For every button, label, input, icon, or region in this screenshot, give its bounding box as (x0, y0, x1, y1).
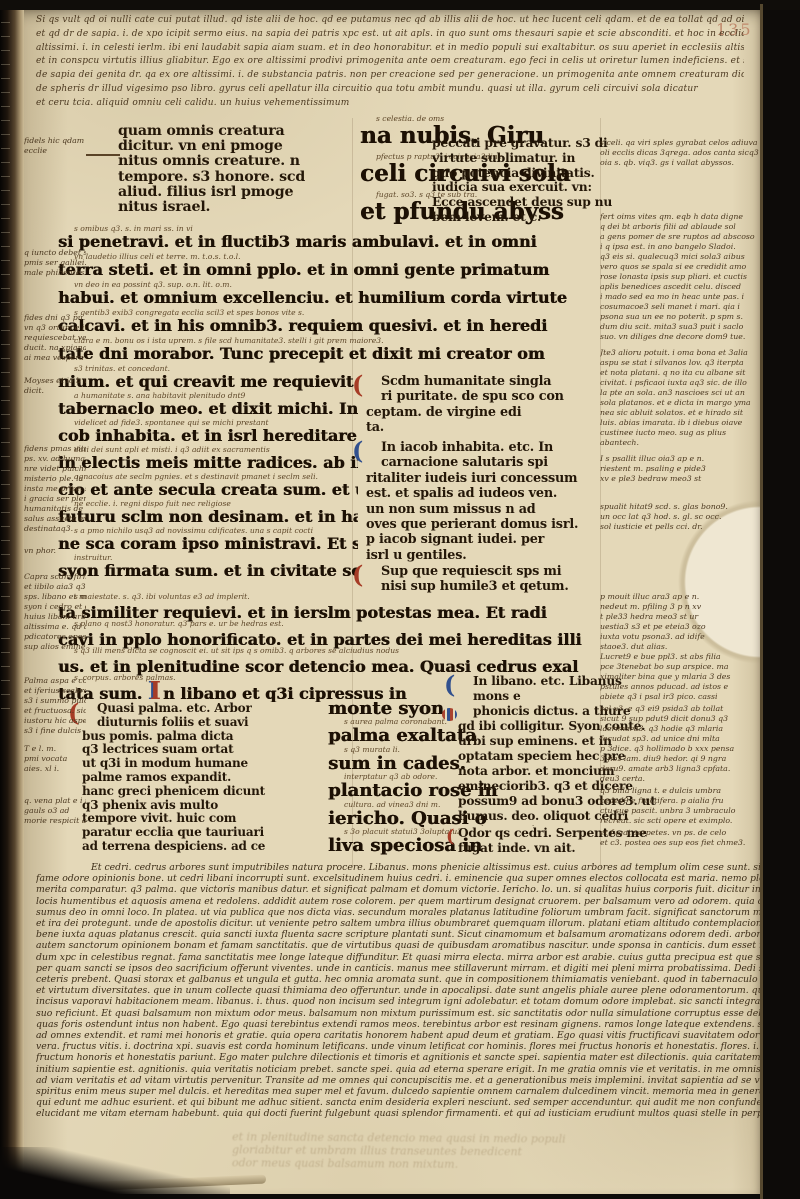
commentary-line: tempore. s3 honore. scd (118, 170, 360, 185)
top-marginalia: Si qs vult qd oi nulli cate cui putat il… (36, 14, 744, 114)
commentary-line: Ecce ascendet deus sup nu (432, 195, 632, 210)
marginal-line: morie respicit ad e (24, 816, 86, 826)
marginal-line: xv e ple3 bedraw meo3 st (600, 474, 760, 484)
commentary-line: fame odore opinionis bone. ut cedri liba… (36, 873, 762, 884)
commentary-line: diuturnis foliis et suavi (82, 716, 340, 730)
marginal-line: de sapia dei genita dr. qa ex ore altiss… (36, 69, 744, 83)
marginal-line: a gens pomer de sre ruptos ad abscoso (600, 232, 760, 242)
marginal-line: fides dni q3 pu. (24, 313, 86, 323)
paraph-mark-icon: ( (352, 374, 363, 396)
scripture-line: vn laudetio illius celi et terre. m. t.o… (58, 252, 598, 280)
marginal-line: et nota platani. q no ita cu albane sit (600, 368, 760, 378)
rubricated-initial (547, 595, 551, 624)
bottom-commentary: Et cedri. cedrus arbores sunt imputribil… (36, 862, 762, 1122)
scripture-text: in electis meis mitte radices. ab ini (58, 454, 358, 472)
marginal-line: sal x3. e q3 ei9 psida3 ab tollat (600, 704, 760, 714)
commentary-line: oves que perierant domus isrl. (366, 517, 614, 532)
marginal-line: deu3 certa. (600, 774, 760, 784)
marginal-line: et c3. postea oes sup eos fiet chme3. (600, 838, 760, 848)
scripture-text: terra steti. et in omni pplo. et in omni… (58, 261, 598, 280)
commentary-line: In iacob inhabita. etc. In (366, 440, 614, 455)
commentary-line: vera. fructus vitis. i. doctrina xpi. su… (36, 1041, 762, 1052)
marginal-line: pstules annos pducad. ad istos e (600, 682, 760, 692)
commentary-line: et virtutum diversitates. que in unum co… (36, 985, 762, 996)
marginal-line: Jte3 alioru potuit. i oma bona et 3alia (600, 348, 760, 358)
commentary-line: nitus omnis creature. n (118, 154, 360, 169)
commentary-line: bene iuxta aquas platanus crescit. quia … (36, 929, 762, 940)
commentary-line: q3 lectrices suam ortat (82, 743, 340, 757)
marginal-line: aies. xl i. (24, 764, 86, 774)
left-margin-note: fidels hic qdamecclie (24, 136, 86, 158)
scripture-text: ne sca coram ipso ministravi. Et sic in (58, 535, 358, 553)
left-margin-note: T e l. m.pmi vocataaies. xl i. (24, 744, 86, 778)
marginal-line: doru9. amate arb3 ligna3 cpfata. (600, 764, 760, 774)
marginal-line: et fructuosa. sic vita (24, 706, 86, 716)
marginal-line: sola platanos. et e dicta in margo yma (600, 398, 760, 408)
marginal-line: et in conspcu virtutis illius gliabitur.… (36, 55, 744, 69)
marginal-line: syon i cedro et c. (24, 602, 86, 612)
commentary-line: hanc greci phenicem dicunt (82, 785, 340, 799)
photo-background-top (0, 0, 800, 10)
commentary-line: Et cedri. cedrus arbores sunt imputribil… (36, 862, 762, 873)
scripture-text: nium. et qui creavit me requievit in (58, 373, 358, 391)
marginal-line: Moyses et io b vigo (24, 376, 86, 386)
commentary-line: quam omnis creatura (118, 124, 360, 139)
right-margin-note: et fugat serpetes. vn ps. de celoet c3. … (600, 828, 760, 850)
commentary-line: suo reficiunt. Et quasi balsamum non mix… (36, 1008, 762, 1019)
marginal-line: pmi vocata (24, 754, 86, 764)
marginal-line: et fugat serpetes. vn ps. de celo (600, 828, 760, 838)
scripture-line: s gentib3 exib3 congregata ecclia scil3 … (58, 308, 598, 336)
marginal-line: dum diu scit. mita3 sua3 puit i saclo (600, 322, 760, 332)
commentary-line: ceteris prebent. Quasi storax et galbanu… (36, 974, 762, 985)
rubricated-initial: I (148, 676, 163, 702)
right-margin-note: fert oims vites qm. eqb h data digneq de… (600, 212, 760, 344)
scripture-text: cob inhabita. et in isrl hereditare. et (58, 427, 358, 445)
commentary-line: ceptam. de virgine edi (366, 405, 614, 420)
marginal-line: oia s. qb. viq3. gs i vallat abyssos. (600, 158, 760, 168)
palm-commentary: Quasi palma. etc. Arbordiuturnis foliis … (82, 702, 340, 858)
interlinear-gloss: s maiestate. s. q3. ibi voluntas e3 ad i… (58, 592, 614, 601)
marginal-line: ecclie (24, 146, 86, 156)
right-margin-note: sal x3. e q3 ei9 psida3 ab tollatsicut 9… (600, 704, 760, 786)
marginal-line: cosumacoe3 seli manet i mari. qia i (600, 302, 760, 312)
commentary-line: dicitur. vn eni pmoge (118, 139, 360, 154)
commentary-line: ri puritate. de spu sco con (366, 389, 614, 404)
commentary-line: per quam sancti se ipsos deo sacrificium… (36, 963, 762, 974)
commentary-line: ritaliter iudeis iuri concessum (366, 471, 614, 486)
marginal-line: uestia3 s3 et pe eteia3 ozo (600, 622, 760, 632)
commentary-line: paratur ecclia que tauriuari (82, 826, 340, 840)
scripture-line: videlicet ad fide3. spontanee qui se mic… (58, 418, 358, 445)
marginal-line: sup alios eminet (24, 642, 86, 652)
scripture-line: agnacoius ate seclm pgnies. et s destina… (58, 472, 358, 499)
scripture-line: s3 trinitas. et concedant. nium. et qui … (58, 364, 358, 391)
scripture-line: clara e m. bonu os i ista uprem. s file … (58, 336, 598, 364)
right-margin-note: s celi. qa viri sples gyrabat celos adiu… (600, 138, 760, 170)
marginal-line: iuxta votu psona3. ad idife (600, 632, 760, 642)
marginal-line: ceded9 e fructifera. p aialia fru (600, 796, 760, 806)
marginal-line: riestent m. psaling e pide3 (600, 464, 760, 474)
marginal-line: nea sic abluit solatos. et e hirado sit (600, 408, 760, 418)
ink-show-through: et in plenitudine sancta detencio mea qu… (232, 1130, 732, 1177)
commentary-line: est. et spalis ad iudeos ven. (366, 486, 614, 501)
commentary-line: qui edunt me adhuc esurient. et qui bibu… (36, 1097, 762, 1108)
rubricated-initial (581, 622, 585, 651)
marginal-line: nedeut m. pfiling 3 p n xv (600, 602, 760, 612)
marginal-line: et iferius scabro (24, 686, 86, 696)
marginal-line: altissimi. i. in celesti ierlm. ibi eni … (36, 42, 744, 56)
scripture-text: calcavi. et in his omnib3. requiem quesi… (58, 317, 598, 336)
commentary-line: carnacione salutaris spi (366, 455, 614, 470)
marginal-line: misterio ple. la my (24, 474, 86, 484)
commentary-line: ad omnes extendit. et rami mei honoris e… (36, 1030, 762, 1041)
marginal-line: recreat. sic scti opere et eximplo. (600, 816, 760, 826)
right-margin-note: p mouit illuc ara3 ap e n.nedeut m. pfil… (600, 592, 760, 654)
marginal-line: suo. vn diliges dne decore dom9 tue. (600, 332, 760, 342)
marginal-line: sol iusticie et pells cci. dr. (600, 522, 760, 532)
marginal-line: ximaliter bina que y mlaria 3 des (600, 672, 760, 682)
marginal-line: oli ecclis dicas 3qrega. ados canta sicq… (600, 148, 760, 158)
marginal-line: ctu suo pascit. unbra 3 umbraculo (600, 806, 760, 816)
marginal-line: un occ lat q3 hod. s. gl. sc occ. (600, 512, 760, 522)
commentary-line: Sup que requiescit sps mi (366, 564, 614, 579)
scripture-text: futuru sclm non desinam. et in habitacio (58, 508, 358, 526)
marginal-line: insta me prise. si q (24, 484, 86, 494)
marginal-line: s celi. qa viri sples gyrabat celos adiu… (600, 138, 760, 148)
intro-commentary: quam omnis creaturadicitur. vn eni pmoge… (118, 124, 360, 218)
facing-page-edge-marks (1, 14, 10, 714)
manuscript-photo: 135 Si qs vult qd oi nulli cate cui puta… (0, 0, 800, 1199)
marginal-line: Si qs vult qd oi nulli cate cui putat il… (36, 14, 744, 28)
commentary-line: tempore vivit. huic com (82, 812, 340, 826)
commentary-line: isrl u gentiles. (366, 548, 614, 563)
scripture-text: syon firmata sum. et in civitate sctific… (58, 562, 358, 580)
left-margin-note: vn phor. (24, 546, 86, 558)
marginal-line: abantech. (600, 438, 760, 448)
commentary-line: ta. (366, 420, 614, 435)
commentary-line: Quasi palma. etc. Arbor (82, 702, 340, 716)
marginal-line: huius libani arbor (24, 612, 86, 622)
marginal-line: s3 i fine dulcis (24, 726, 86, 736)
commentary-line: incisus vaporavi habitacionem meam. liba… (36, 996, 762, 1007)
scripture-line: vn deo in ea possint q3. sup. o.n. lit. … (58, 280, 598, 308)
scripture-line: ne ecclie. i. regni dispo fuit nec relig… (58, 499, 358, 526)
marginal-line: humanitatis de bono (24, 504, 86, 514)
scripture-text: tabernaclo meo. et dixit michi. In ia (58, 400, 358, 418)
marginal-line: i mado sed ea mo in heac unte pas. i (600, 292, 760, 302)
marginal-line: i gracia ser plenam (24, 494, 86, 504)
marginal-line: lacrimaru3. q3 hodie q3 mlaria (600, 724, 760, 734)
marginal-line: luis. abias imarata. ib i diebus oiave (600, 418, 760, 428)
marginal-line: la pte an sola. an3 nascioes sci ut an (600, 388, 760, 398)
marginal-line: gauls o3 ad (24, 806, 86, 816)
scripture-line: s omibus q3. s. in mari ss. in vi si pen… (58, 224, 598, 252)
marginal-line: aplis benedices ascedit celu. disced (600, 282, 760, 292)
marginal-line: q dei bt arboris filii ad ablaude sol (600, 222, 760, 232)
scripture-line: s plano q nost3 honoratur. q3 pars e. ur… (58, 619, 614, 646)
manuscript-page: 135 Si qs vult qd oi nulli cate cui puta… (22, 8, 762, 1194)
commentary-line: elucidant me vitam eternam habebunt. qui… (36, 1108, 762, 1119)
marginal-line: vn q3 ortum e iudeo (24, 323, 86, 333)
side-commentary-jacob: In iacob inhabita. etc. Incarnacione sal… (366, 440, 614, 566)
scripture-line: a humanitate s. ana habitavit plenitudo … (58, 391, 358, 418)
marginal-line: sps. libano et mote (24, 592, 86, 602)
marginal-line: dicit. (24, 386, 86, 396)
right-margin-note: Lucret9 e bue ppl3. st abs filiapce 3ten… (600, 652, 760, 704)
commentary-line: quas foris ostendunt intus non habent. E… (36, 1019, 762, 1030)
photo-background-corner (0, 1147, 230, 1199)
commentary-line: p iacob signant iudei. per (366, 532, 614, 547)
marginal-line: et qd dr de sapia. i. de xpo icipit serm… (36, 28, 744, 42)
pointer-line (86, 154, 120, 156)
marginal-line: spualit hitat9 scd. s. glas bono9. (600, 502, 760, 512)
commentary-line: et ira dei protegunt. unde de apostolis … (36, 918, 762, 929)
marginal-line: requiescebat vespe (24, 333, 86, 343)
commentary-line: un non sum missus n ad (366, 502, 614, 517)
scripture-text: cio et ante secula creata sum. et usq3 a… (58, 481, 358, 499)
marginal-line: altissima e. qd ad (24, 622, 86, 632)
commentary-line: autem sanctorum opinionem bonam et famam… (36, 940, 762, 951)
scripture-text: si penetravi. et in fluctib3 maris ambul… (58, 233, 598, 252)
commentary-line: aliud. filius isrl pmoge (118, 185, 360, 200)
book-fore-edge-right (762, 4, 800, 1199)
left-margin-note: Capra scdm firmatet iibilo aia3 q3sps. l… (24, 572, 86, 656)
commentary-line: merita comparatur. q3 palma. que victori… (36, 884, 762, 895)
marginal-line: custinee iucto meo. sug as plius (600, 428, 760, 438)
commentary-line: ad terrena despiciens. ad ce (82, 840, 340, 854)
commentary-line: Scdm humanitate singla (366, 374, 614, 389)
marginal-line: fecudat sp3. ad unice dni mlta (600, 734, 760, 744)
left-margin-note: Moyses et io b vigodicit. (24, 376, 86, 398)
marginal-line: p 3dice. q3 hollimado b xxx pensa (600, 744, 760, 754)
commentary-line: sumus deo in omni loco. In platea. ut vi… (36, 907, 762, 918)
marginal-line: et iibilo aia3 q3 (24, 582, 86, 592)
marginal-line: fert oims vites qm. eqb h data digne (600, 212, 760, 222)
marginal-line: staoe3. dut alias. (600, 642, 760, 652)
marginal-line: ducit. na xpiana (24, 343, 86, 353)
commentary-line: ut q3i in modum humane (82, 757, 340, 771)
marginal-line: 3 fioz lam. diu9 hedor. qi 9 ngra (600, 754, 760, 764)
marginal-line: pmis ser galilei. p (24, 258, 86, 268)
marginal-line: i q ipsa est. in ano bangelo Sladoi. (600, 242, 760, 252)
marginal-line: Capra scdm firmat (24, 572, 86, 582)
right-margin-note: q3 billa ligna t. e dulcis umbraceded9 e… (600, 786, 760, 828)
commentary-line: bus pomis. palma dicta (82, 730, 340, 744)
ghost-line: odor meus quasi balsamum non mixtum. (232, 1156, 732, 1172)
left-margin-note: q iuncto debet solupmis ser galilei. pma… (24, 248, 86, 280)
line-filler-ornament-icon (442, 708, 457, 721)
right-margin-note: I s psallit illuc oia3 ap e n.riestent m… (600, 454, 760, 486)
left-margin-note: Palma aspa e corticeet iferius scabros3 … (24, 676, 86, 740)
left-margin-note: fides dni q3 pu.vn q3 ortum e iudeorequi… (24, 313, 86, 365)
scripture-text: tate dni morabor. Tunc precepit et dixit… (58, 345, 598, 364)
marginal-line: pdicatores epos q3 (24, 632, 86, 642)
commentary-line: locis humentibus et aquosis amena et red… (36, 896, 762, 907)
commentary-line: nitus israel. (118, 200, 360, 215)
commentary-line: initium sapientie est. agnitionis. quia … (36, 1064, 762, 1075)
commentary-line: spiritus enim meus super mel dulcis. et … (36, 1086, 762, 1097)
marginal-line: Palma aspa e cortice (24, 676, 86, 686)
commentary-line: q3 phenix avis multo (82, 799, 340, 813)
marginal-line: civitat. i psficaoi iuxta aq3 sic. de il… (600, 378, 760, 388)
scripture-line: instruitur. syon firmata sum. et in civi… (58, 553, 358, 580)
marginal-line: t ple33 hedra meo3 st ur (600, 612, 760, 622)
right-margin-note: Jte3 alioru potuit. i oma bona et 3aliaa… (600, 348, 760, 450)
paraph-mark-icon: ( (444, 674, 455, 696)
scripture-narrow: s3 trinitas. et concedant. nium. et qui … (58, 364, 358, 582)
left-margin-note: q. vena plat e i uogauls o3 admorie resp… (24, 796, 86, 830)
paraph-mark-icon: ( (446, 826, 455, 848)
scripture-text: habui. et omnium excellenciu. et humiliu… (58, 289, 598, 308)
marginal-line: q iuncto debet solu (24, 248, 86, 258)
marginal-line: abiete q3 i psal ir3 pico. cassi (600, 692, 760, 702)
commentary-line: ad viam veritatis et ad vitam virtutis p… (36, 1075, 762, 1086)
marginal-line: iustoru hic aspera (24, 716, 86, 726)
marginal-line: destinataq3. (24, 524, 86, 534)
right-margin-note: spualit hitat9 scd. s. glas bono9.un occ… (600, 502, 760, 534)
marginal-line: T e l. m. (24, 744, 86, 754)
page-edge-line (760, 4, 763, 1199)
marginal-line: vero quos se spala si ee credidit amo (600, 262, 760, 272)
left-margin-note: fidens pmas vites pps. xv. ad humananre … (24, 444, 86, 538)
commentary-line: dum xpc in celestibus regnat. fama sanct… (36, 952, 762, 963)
marginal-line: p mouit illuc ara3 ap e n. (600, 592, 760, 602)
scripture-line: s a pmo nichilo usq3 ad novissimu cdific… (58, 526, 358, 553)
marginal-line: rose lonasta ipsis sup pliari. et cuctis (600, 272, 760, 282)
commentary-line: palme ramos expandit. (82, 771, 340, 785)
marginal-line: et ceru tcia. aliquid omniu celi calidu.… (36, 97, 744, 111)
marginal-line: ps. xv. ad humana (24, 454, 86, 464)
marginal-line: nre videt pulchr (24, 464, 86, 474)
marginal-line: q. vena plat e i uo (24, 796, 86, 806)
marginal-line: aspu se stat i silvanos lov. q3 iterpta (600, 358, 760, 368)
scripture-line: dati dei sunt apli et misti. i q3 adiit … (58, 445, 358, 472)
scripture-line: s q3 illi mens dicta se cognoscit ei. ut… (58, 646, 614, 673)
marginal-line: sicut 9 sup pdut9 dicit donu3 q3 (600, 714, 760, 724)
marginal-line: salus assueta eve (24, 514, 86, 524)
marginal-line: fidels hic qdam (24, 136, 86, 146)
side-commentary-humanity: Scdm humanitate singlari puritate. de sp… (366, 374, 614, 438)
marginal-line: fidens pmas vites p (24, 444, 86, 454)
marginal-line: Lucret9 e bue ppl3. st abs filia (600, 652, 760, 662)
paraph-mark-icon: ( (352, 440, 363, 462)
marginal-line: male phibentes. (24, 268, 86, 278)
scripture-line: s maiestate. s. q3. ibi voluntas e3 ad i… (58, 592, 614, 619)
marginal-line: de spheris dr illud vigesimo pso libro. … (36, 83, 744, 97)
marginal-line: s3 i summo pulchra (24, 696, 86, 706)
marginal-line: vn phor. (24, 546, 86, 556)
commentary-line: fructum honoris et honestatis pariunt. E… (36, 1052, 762, 1063)
marginal-line: q3 eis si. qualecuq3 mici sola3 aibus (600, 252, 760, 262)
marginal-line: psona sua un ee no poterit. p spm s. (600, 312, 760, 322)
marginal-line: ai mea vespera la (24, 353, 86, 363)
commentary-line: iudicia sua exercuit. vn: (432, 180, 632, 195)
scripture-wide: s omibus q3. s. in mari ss. in vi si pen… (58, 224, 598, 366)
marginal-line: I s psallit illuc oia3 ap e n. (600, 454, 760, 464)
marginal-line: pce 3tenebat bo sup arspice. ma (600, 662, 760, 672)
paraph-mark-icon: ( (352, 564, 363, 586)
marginal-line: q3 billa ligna t. e dulcis umbra (600, 786, 760, 796)
